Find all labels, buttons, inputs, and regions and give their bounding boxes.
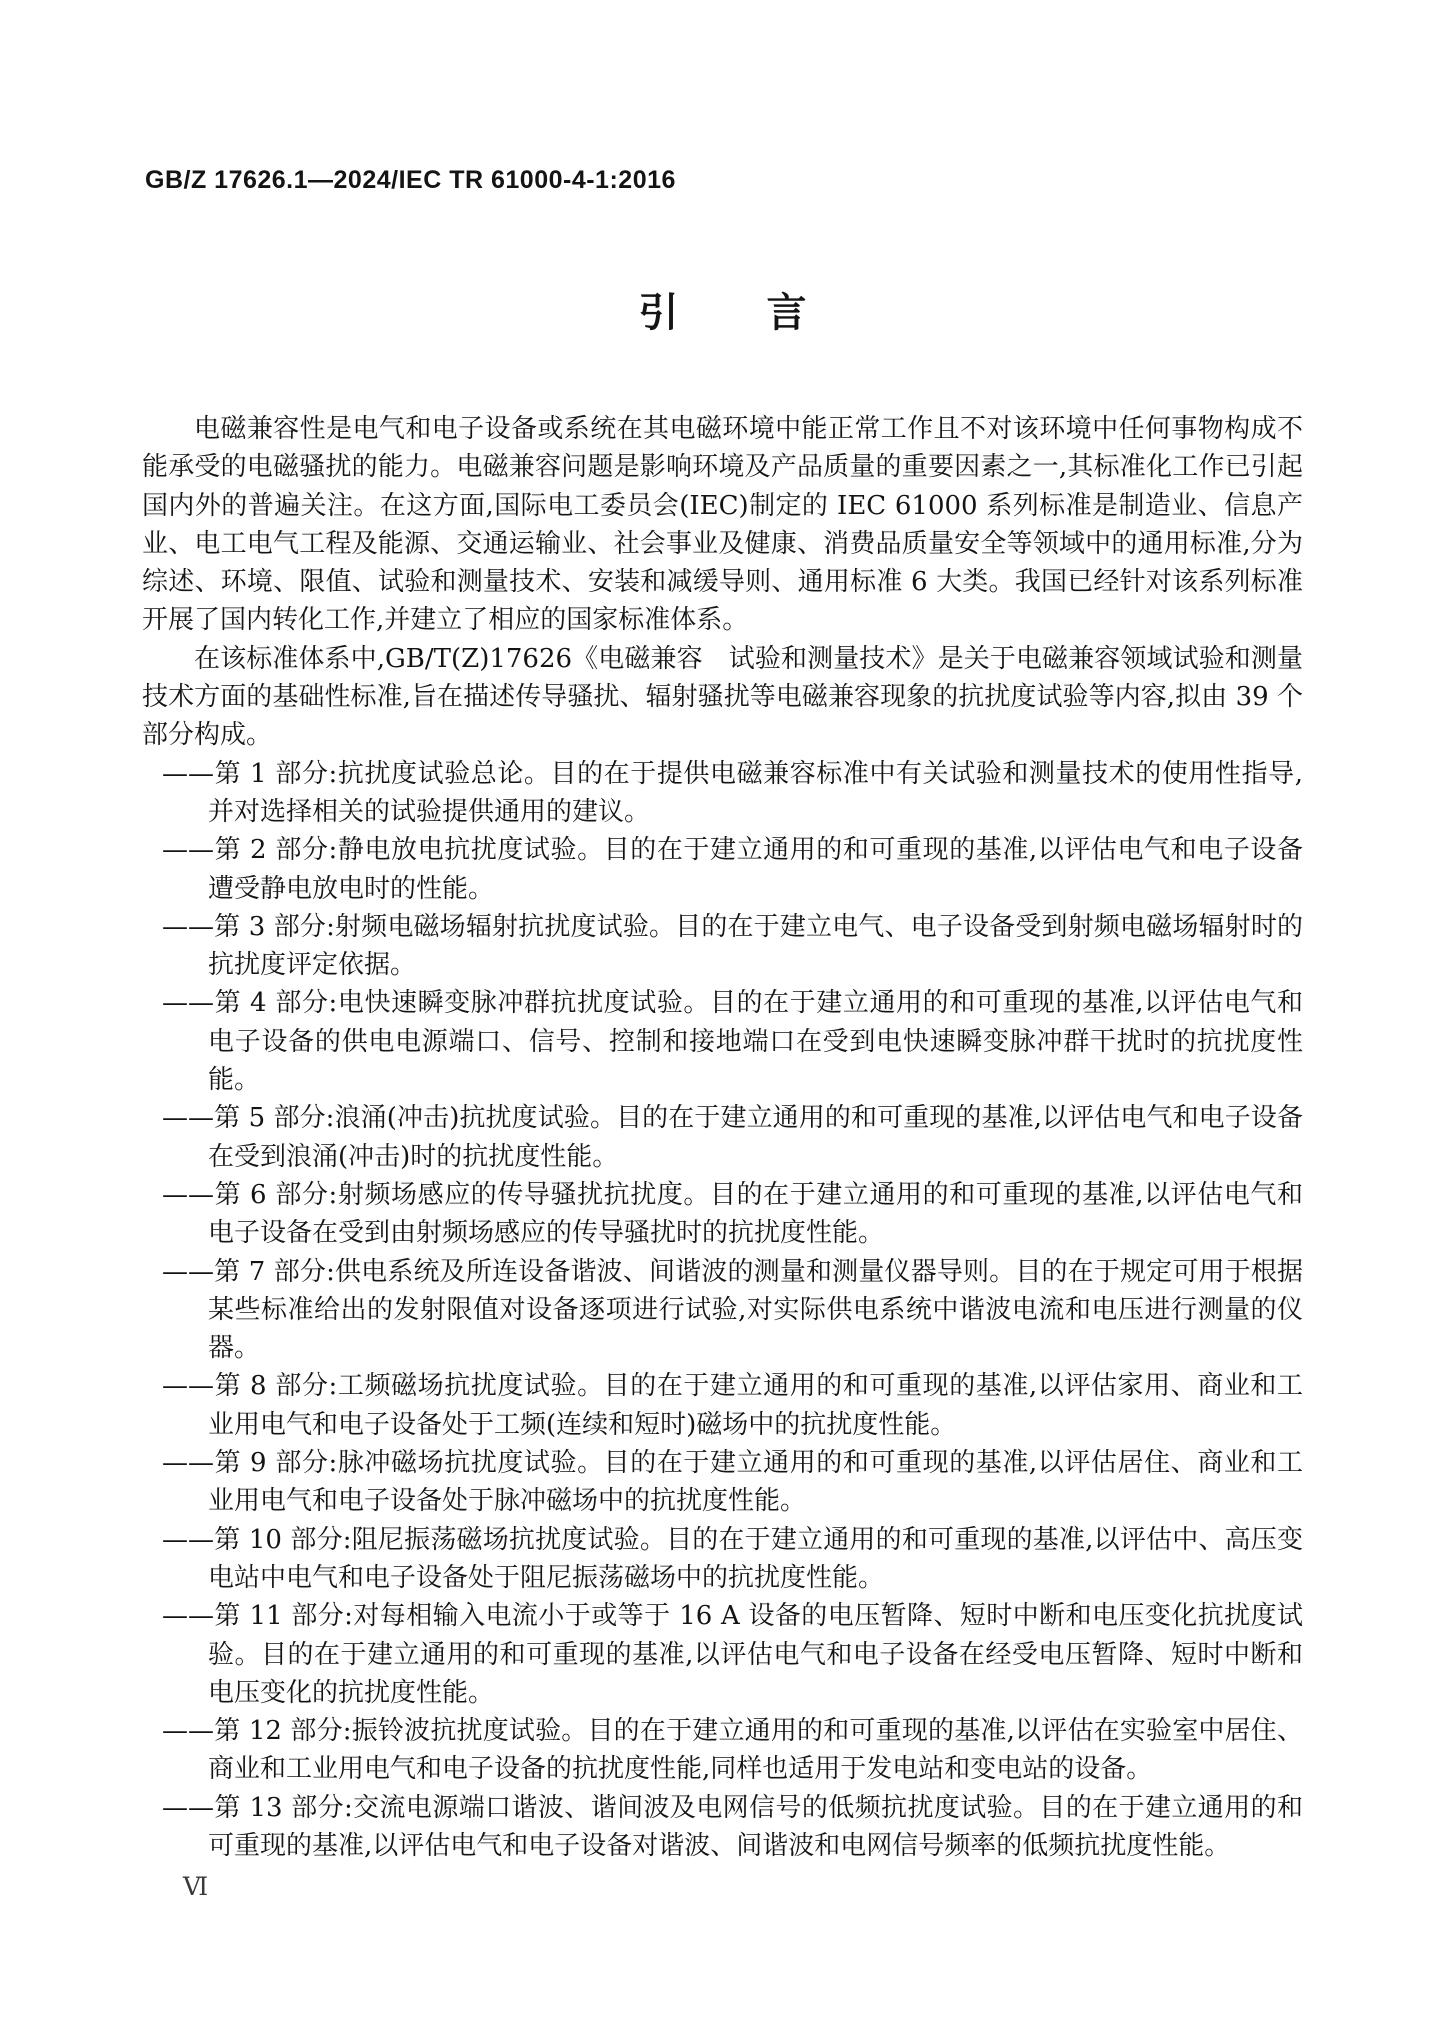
list-item: ——第 5 部分:浪涌(冲击)抗扰度试验。目的在于建立通用的和可重现的基准,以评…: [142, 1099, 1303, 1176]
standard-code-header: GB/Z 17626.1—2024/IEC TR 61000-4-1:2016: [145, 166, 676, 195]
list-item: ——第 7 部分:供电系统及所连设备谐波、间谐波的测量和测量仪器导则。目的在于规…: [142, 1253, 1303, 1368]
item-text: 第 5 部分:浪涌(冲击)抗扰度试验。目的在于建立通用的和可重现的基准,以评估电…: [208, 1103, 1303, 1171]
document-page: GB/Z 17626.1—2024/IEC TR 61000-4-1:2016 …: [0, 0, 1445, 2044]
item-text: 第 8 部分:工频磁场抗扰度试验。目的在于建立通用的和可重现的基准,以评估家用、…: [208, 1371, 1303, 1439]
item-text: 第 13 部分:交流电源端口谐波、谐间波及电网信号的低频抗扰度试验。目的在于建立…: [208, 1793, 1303, 1861]
list-item: ——第 1 部分:抗扰度试验总论。目的在于提供电磁兼容标准中有关试验和测量技术的…: [142, 755, 1303, 832]
item-dash: ——: [162, 912, 214, 942]
item-dash: ——: [162, 1103, 214, 1133]
item-text: 第 11 部分:对每相输入电流小于或等于 16 A 设备的电压暂降、短时中断和电…: [208, 1601, 1303, 1708]
list-item: ——第 10 部分:阻尼振荡磁场抗扰度试验。目的在于建立通用的和可重现的基准,以…: [142, 1521, 1303, 1598]
body-content: 电磁兼容性是电气和电子设备或系统在其电磁环境中能正常工作且不对该环境中任何事物构…: [142, 410, 1303, 1865]
list-item: ——第 12 部分:振铃波抗扰度试验。目的在于建立通用的和可重现的基准,以评估在…: [142, 1712, 1303, 1789]
intro-paragraph-2: 在该标准体系中,GB/T(Z)17626《电磁兼容 试验和测量技术》是关于电磁兼…: [142, 640, 1303, 755]
list-item: ——第 3 部分:射频电磁场辐射抗扰度试验。目的在于建立电气、电子设备受到射频电…: [142, 908, 1303, 985]
item-dash: ——: [162, 1525, 214, 1555]
list-item: ——第 8 部分:工频磁场抗扰度试验。目的在于建立通用的和可重现的基准,以评估家…: [142, 1367, 1303, 1444]
item-dash: ——: [162, 1448, 214, 1478]
parts-list: ——第 1 部分:抗扰度试验总论。目的在于提供电磁兼容标准中有关试验和测量技术的…: [142, 755, 1303, 1866]
list-item: ——第 11 部分:对每相输入电流小于或等于 16 A 设备的电压暂降、短时中断…: [142, 1597, 1303, 1712]
item-dash: ——: [162, 1257, 214, 1287]
item-text: 第 3 部分:射频电磁场辐射抗扰度试验。目的在于建立电气、电子设备受到射频电磁场…: [208, 912, 1303, 980]
item-dash: ——: [162, 1793, 214, 1823]
item-dash: ——: [162, 835, 214, 865]
page-title: 引言: [0, 290, 1445, 336]
item-dash: ——: [162, 988, 214, 1018]
item-dash: ——: [162, 1601, 214, 1631]
title-char-1: 引: [639, 290, 679, 336]
title-char-2: 言: [767, 290, 807, 336]
item-text: 第 1 部分:抗扰度试验总论。目的在于提供电磁兼容标准中有关试验和测量技术的使用…: [208, 759, 1303, 827]
page-number: Ⅵ: [183, 1872, 208, 1901]
item-text: 第 10 部分:阻尼振荡磁场抗扰度试验。目的在于建立通用的和可重现的基准,以评估…: [208, 1525, 1303, 1593]
item-text: 第 2 部分:静电放电抗扰度试验。目的在于建立通用的和可重现的基准,以评估电气和…: [208, 835, 1303, 903]
item-text: 第 12 部分:振铃波抗扰度试验。目的在于建立通用的和可重现的基准,以评估在实验…: [208, 1716, 1303, 1784]
item-text: 第 7 部分:供电系统及所连设备谐波、间谐波的测量和测量仪器导则。目的在于规定可…: [208, 1257, 1303, 1364]
item-dash: ——: [162, 759, 214, 789]
intro-paragraph-1: 电磁兼容性是电气和电子设备或系统在其电磁环境中能正常工作且不对该环境中任何事物构…: [142, 410, 1303, 640]
list-item: ——第 13 部分:交流电源端口谐波、谐间波及电网信号的低频抗扰度试验。目的在于…: [142, 1789, 1303, 1866]
list-item: ——第 9 部分:脉冲磁场抗扰度试验。目的在于建立通用的和可重现的基准,以评估居…: [142, 1444, 1303, 1521]
list-item: ——第 2 部分:静电放电抗扰度试验。目的在于建立通用的和可重现的基准,以评估电…: [142, 831, 1303, 908]
item-dash: ——: [162, 1371, 214, 1401]
item-text: 第 9 部分:脉冲磁场抗扰度试验。目的在于建立通用的和可重现的基准,以评估居住、…: [208, 1448, 1303, 1516]
item-text: 第 4 部分:电快速瞬变脉冲群抗扰度试验。目的在于建立通用的和可重现的基准,以评…: [208, 988, 1303, 1095]
list-item: ——第 4 部分:电快速瞬变脉冲群抗扰度试验。目的在于建立通用的和可重现的基准,…: [142, 984, 1303, 1099]
item-text: 第 6 部分:射频场感应的传导骚扰抗扰度。目的在于建立通用的和可重现的基准,以评…: [208, 1180, 1303, 1248]
list-item: ——第 6 部分:射频场感应的传导骚扰抗扰度。目的在于建立通用的和可重现的基准,…: [142, 1176, 1303, 1253]
item-dash: ——: [162, 1180, 214, 1210]
item-dash: ——: [162, 1716, 214, 1746]
